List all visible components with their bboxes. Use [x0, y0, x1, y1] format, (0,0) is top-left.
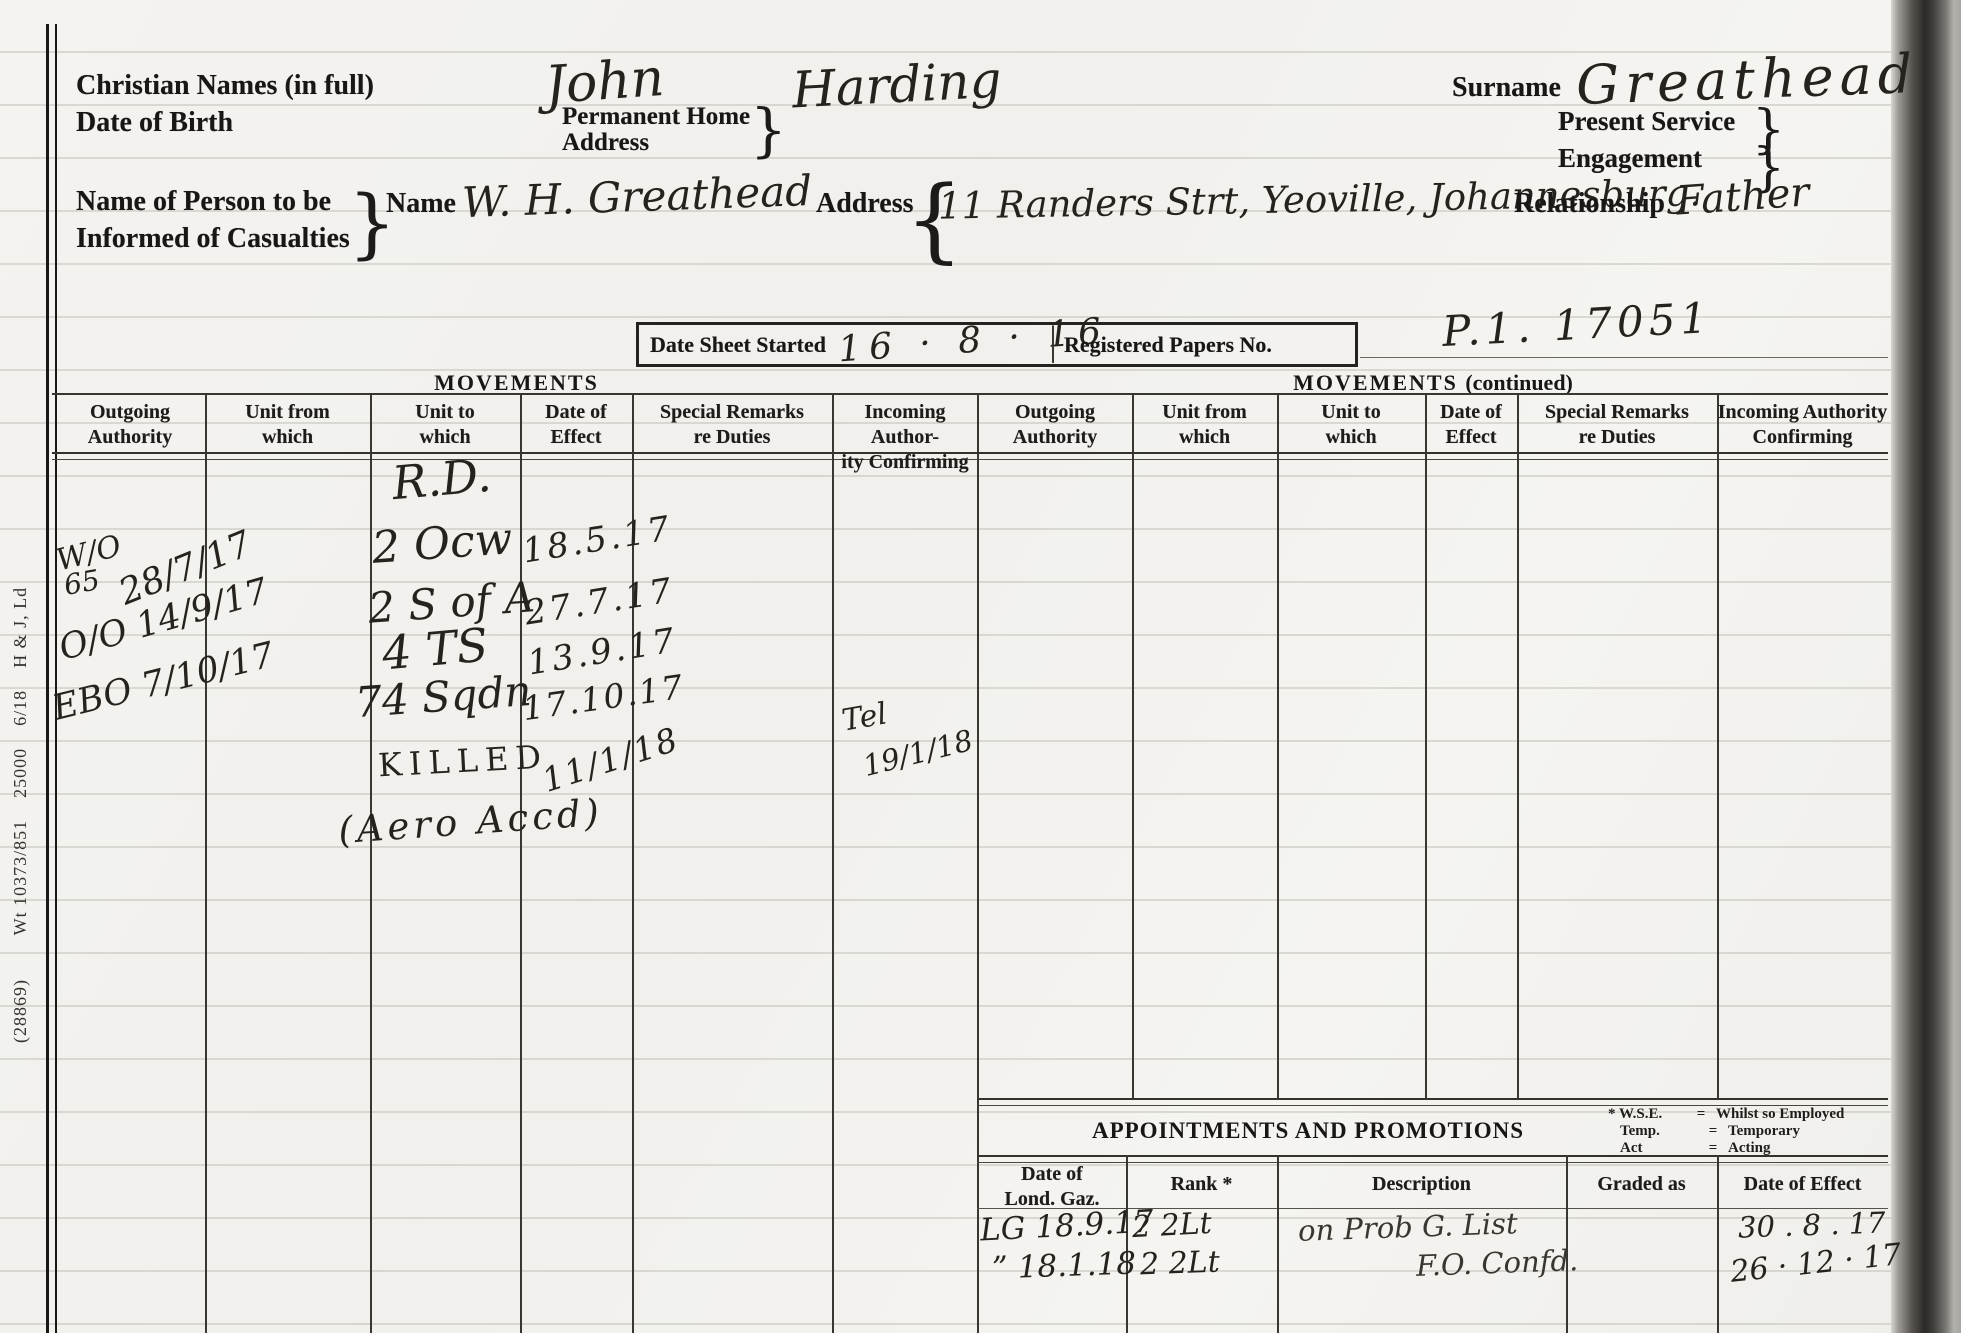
outgoing-note-65: 65 [61, 563, 102, 602]
col-incoming-authority: Incoming Author-ity Confirming [832, 400, 978, 475]
legend-row: Temp. = Temporary [1608, 1123, 1844, 1140]
table-column-divider [1425, 393, 1427, 1098]
col-graded-as: Graded as [1566, 1172, 1717, 1197]
appointments-legend: * W.S.E. = Whilst so Employed Temp. = Te… [1608, 1106, 1844, 1157]
date-sheet-box-divider [1052, 326, 1054, 363]
appointments-top-rule [977, 1098, 1888, 1106]
col-date-of-effect: Date of Effect [1717, 1172, 1888, 1197]
col-unit-to: Unit towhich [1277, 400, 1425, 450]
unit-to-entry: 2 Ocw [370, 513, 514, 574]
table-column-divider [832, 393, 834, 1333]
present-service-label: Present Service [1558, 106, 1735, 137]
movements-right-top-rule [977, 393, 1888, 395]
legend-row: * W.S.E. = Whilst so Employed [1608, 1106, 1844, 1123]
permanent-home-line1: Permanent Home [562, 104, 750, 130]
movements-right-header-bottom-rule [977, 452, 1888, 460]
appointment-effect: 26 · 12 · 17 [1729, 1237, 1903, 1290]
left-margin-double-rule [46, 24, 57, 1333]
col-unit-from: Unit fromwhich [205, 400, 370, 450]
next-of-kin-name-value: W. H. Greathead [461, 166, 813, 227]
permanent-home-label: Permanent Home Address [562, 104, 750, 156]
appointment-gaz: LG 18.9.17 [979, 1203, 1154, 1248]
printer-margin-note: (28869) Wt 10373/851 25000 6/18 H & J, L… [10, 653, 31, 1043]
col-unit-from: Unit fromwhich [1132, 400, 1277, 450]
table-column-divider [1517, 393, 1519, 1098]
unit-to-entry: 74 Sqdn [354, 666, 533, 727]
unit-to-entry: R.D. [390, 448, 493, 510]
col-incoming-authority: Incoming AuthorityConfirming [1717, 400, 1888, 450]
scanned-casualty-form: (28869) Wt 10373/851 25000 6/18 H & J, L… [0, 0, 1961, 1333]
table-column-divider [1132, 393, 1134, 1098]
registered-papers-value: P.1. 17051 [1441, 293, 1713, 356]
engagement-label: Engagement [1558, 143, 1702, 174]
date-of-birth-label: Date of Birth [76, 107, 233, 139]
person-informed-line2: Informed of Casualties [76, 220, 350, 257]
unit-to-entry-killed: KILLED [377, 738, 549, 785]
incoming-note-tel: Tel [839, 696, 889, 738]
relationship-label: Relationship [1514, 188, 1665, 220]
table-column-divider [1277, 393, 1279, 1098]
col-date-of-effect: Date ofEffect [1425, 400, 1517, 450]
table-column-divider [205, 393, 207, 1333]
col-unit-to: Unit towhich [370, 400, 520, 450]
scan-edge-shadow [1891, 0, 1961, 1333]
table-column-divider [1717, 393, 1719, 1098]
col-description: Description [1277, 1172, 1566, 1197]
appointment-desc: on Prob G. List [1297, 1206, 1518, 1248]
papers-no-underline [1360, 357, 1888, 358]
christian-middle-name-value: Harding [791, 51, 1003, 120]
date-entry: 11/1/18 [537, 719, 683, 800]
col-outgoing-authority: OutgoingAuthority [978, 400, 1132, 450]
person-informed-label: Name of Person to be Informed of Casualt… [76, 183, 350, 257]
appointment-desc: F.O. Confd. [1415, 1243, 1578, 1283]
date-sheet-started-label: Date Sheet Started [650, 332, 826, 358]
relationship-value: Father [1675, 169, 1811, 224]
christian-names-label: Christian Names (in full) [76, 70, 374, 102]
col-special-remarks: Special Remarksre Duties [1517, 400, 1717, 450]
surname-label: Surname [1452, 72, 1561, 104]
date-entry: 18.5.17 [520, 508, 675, 571]
name-label: Name [386, 188, 456, 220]
appointment-gaz: ” 18.1.18 [991, 1245, 1136, 1286]
col-date-of-effect: Date ofEffect [520, 400, 632, 450]
appointment-rank: 2 2Lt [1139, 1245, 1220, 1283]
appointment-effect: 30 . 8 . 17 [1737, 1205, 1886, 1244]
movements-top-rule [52, 393, 978, 395]
col-special-remarks: Special Remarksre Duties [632, 400, 832, 450]
permanent-home-brace: } [750, 96, 787, 164]
registered-papers-label: Registered Papers No. [1064, 332, 1272, 358]
permanent-home-line2: Address [562, 130, 750, 156]
appointment-rank: 2 2Lt [1131, 1206, 1212, 1245]
unit-to-entry-aero-accd: (Aero Accd) [337, 791, 604, 852]
col-date-of-lond-gaz: Date ofLond. Gaz. [978, 1162, 1126, 1212]
col-outgoing-authority: OutgoingAuthority [55, 400, 205, 450]
person-informed-line1: Name of Person to be [76, 183, 350, 220]
address-label: Address [816, 188, 914, 220]
appointments-title: APPOINTMENTS AND PROMOTIONS [978, 1118, 1638, 1144]
col-rank: Rank * [1126, 1172, 1277, 1197]
